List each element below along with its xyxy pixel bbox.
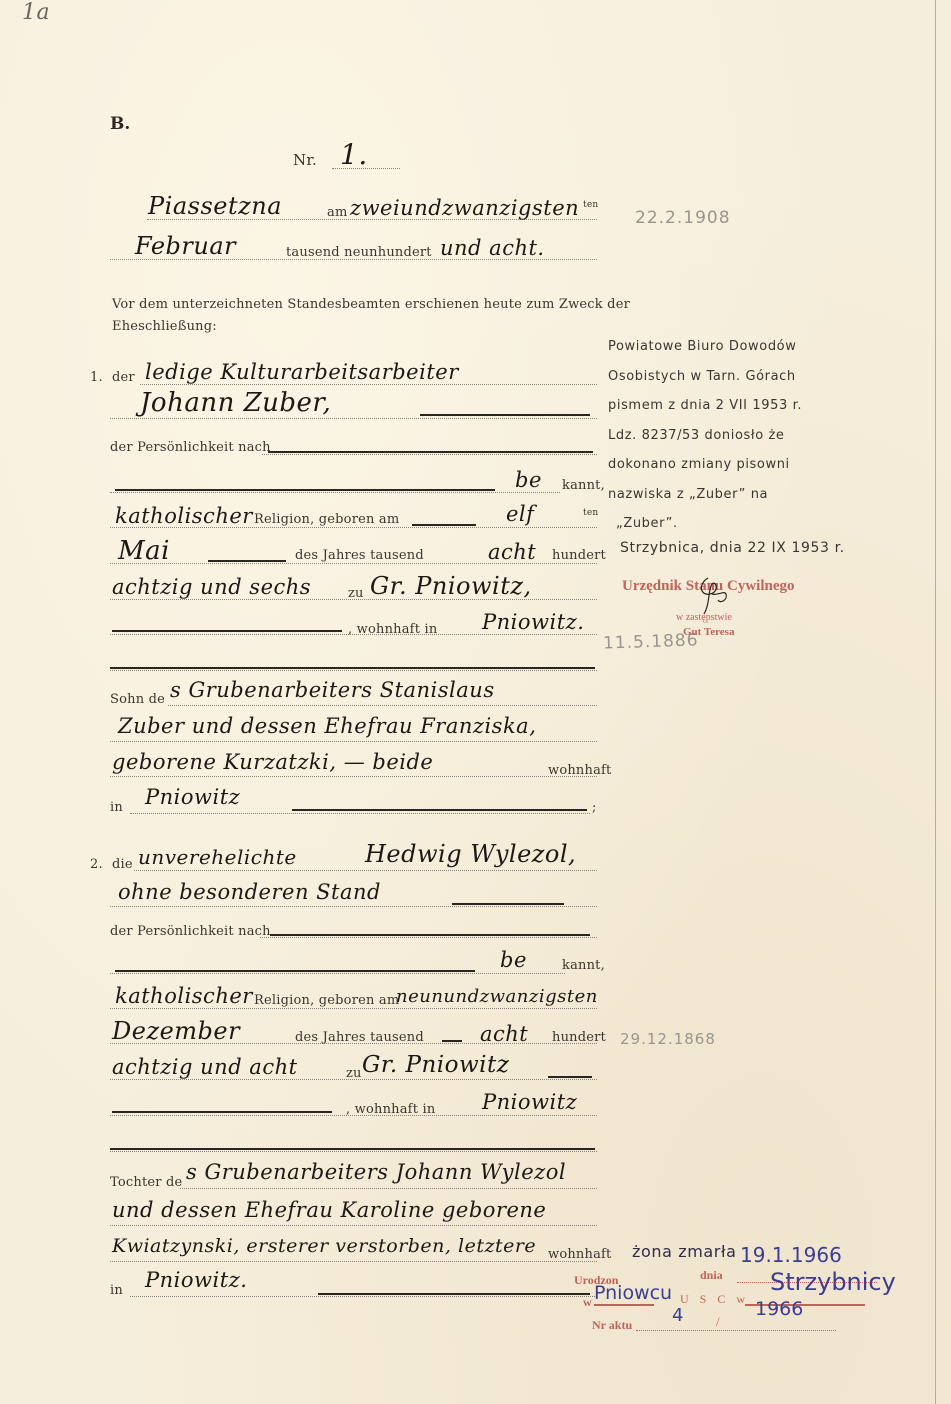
groom-birth-place: Gr. Pniowitz, <box>370 572 532 600</box>
bride-line-1 <box>134 870 597 871</box>
annotation-1966-note: żona zmarła <box>632 1242 737 1261</box>
annotation-1953-line: Ldz. 8237/53 doniosło że <box>608 421 928 451</box>
annotation-1953-line: Osobistych w Tarn. Górach <box>608 362 928 392</box>
groom-dash-6 <box>112 630 342 632</box>
groom-birth-day: elf <box>506 502 534 526</box>
bride-status: unverehelichte <box>138 845 297 869</box>
groom-dash-8 <box>292 809 587 811</box>
groom-dash-2 <box>268 451 593 453</box>
page-edge-rule <box>935 0 936 1404</box>
bride-dash-8 <box>318 1293 590 1295</box>
bride-parents-line-4 <box>130 1296 597 1297</box>
bride-article: die <box>112 857 133 872</box>
marriage-year: und acht. <box>440 236 545 260</box>
groom-parents-line-2 <box>110 741 597 742</box>
stamp-usc-label: U S C w <box>680 1292 749 1307</box>
annotation-1953-line: dokonano zmiany pisowni <box>608 450 928 480</box>
stamp-registrar-name: Gut Teresa <box>683 626 734 638</box>
groom-religion: katholischer <box>115 504 253 528</box>
bride-parents-label: Tochter de <box>110 1175 182 1190</box>
year-label: tausend neunhundert <box>286 245 432 260</box>
annotation-1953: Powiatowe Biuro Dowodów Osobistych w Tar… <box>608 332 928 539</box>
groom-line-9 <box>110 670 597 671</box>
bride-religion-label: Religion, geboren am <box>254 993 399 1008</box>
bride-parents-line-1 <box>180 1188 597 1189</box>
bride-parents-3: Kwiatzynski, ersterer verstorben, letzte… <box>112 1235 536 1257</box>
groom-birth-day-suffix: ten <box>583 508 598 518</box>
bride-line-2 <box>110 906 597 907</box>
groom-parents-end: ; <box>592 800 597 815</box>
bride-hundred-label: hundert <box>552 1030 606 1045</box>
bride-line-9 <box>110 1151 597 1152</box>
stamp-act-line <box>636 1330 836 1331</box>
bride-year-label: des Jahres tausend <box>295 1030 424 1045</box>
bride-birth-month: Dezember <box>112 1017 240 1045</box>
groom-dash-3 <box>115 489 495 491</box>
bride-parents-line-3 <box>110 1261 597 1262</box>
groom-article: der <box>112 370 135 385</box>
bride-birth-year: achtzig und acht <box>112 1055 298 1079</box>
groom-parents-residence: Pniowitz <box>145 785 240 809</box>
groom-parents-in-label: in <box>110 800 123 815</box>
groom-parents-line-1 <box>168 705 597 706</box>
groom-number: 1. <box>90 370 103 385</box>
bride-line-5 <box>110 1008 597 1009</box>
corner-note: 1a <box>22 0 50 25</box>
section-letter: B. <box>110 114 130 134</box>
groom-name: Johann Zuber, <box>140 388 331 418</box>
groom-line-3 <box>262 454 597 455</box>
record-number: 1. <box>340 138 368 171</box>
groom-dash-7 <box>110 667 595 669</box>
groom-known-prefix: be <box>515 468 542 492</box>
groom-birth-century: acht <box>488 540 536 564</box>
groom-residence-label: , wohnhaft in <box>348 622 437 637</box>
bride-birth-century: acht <box>480 1022 528 1046</box>
groom-identity-label: der Persönlichkeit nach <box>110 440 271 455</box>
bride-parents-1: s Grubenarbeiters Johann Wylezol <box>186 1160 566 1184</box>
signature-icon <box>690 570 740 620</box>
bride-dash-4 <box>442 1040 462 1042</box>
bride-parents-line-2 <box>110 1225 597 1226</box>
groom-parents-3: geborene Kurzatzki, — beide <box>112 750 433 774</box>
bride-known-prefix: be <box>500 948 527 972</box>
act-year: 1966 <box>755 1298 803 1320</box>
groom-hundred-label: hundert <box>552 548 606 563</box>
bride-residence: Pniowitz <box>482 1090 577 1114</box>
bride-birth-place: Gr. Pniowitz <box>362 1052 509 1078</box>
bride-line-4 <box>110 973 565 974</box>
bride-religion: katholischer <box>115 984 253 1008</box>
bride-dash-3 <box>115 970 475 972</box>
annotation-1953-line: „Zuber”. <box>608 509 928 539</box>
pencil-marriage-date: 22.2.1908 <box>635 208 731 228</box>
bride-dash-2 <box>270 934 590 936</box>
groom-line-2 <box>110 418 597 419</box>
groom-parents-1: s Grubenarbeiters Stanislaus <box>170 678 495 702</box>
bride-name: Hedwig Wylezol, <box>365 840 576 868</box>
bride-parents-2: und dessen Ehefrau Karoline geborene <box>112 1198 546 1222</box>
pencil-bride-birth-date: 29.12.1868 <box>620 1030 716 1048</box>
groom-dash-1 <box>420 414 590 416</box>
groom-parents-line-3 <box>110 776 597 777</box>
bride-zu-label: zu <box>346 1066 362 1081</box>
am-label: am <box>327 205 347 220</box>
bride-parents-residence: Pniowitz. <box>145 1268 247 1292</box>
birth-place-1966: Pniowcu <box>594 1282 672 1304</box>
bride-dash-7 <box>110 1148 595 1150</box>
groom-religion-label: Religion, geboren am <box>254 512 399 527</box>
bride-line-3 <box>260 937 597 938</box>
bride-identity-label: der Persönlichkeit nach <box>110 924 271 939</box>
groom-line-4 <box>110 492 560 493</box>
bride-dash-1 <box>452 903 564 905</box>
groom-dash-4 <box>412 524 476 526</box>
stamp-act-label: Nr aktu <box>592 1318 632 1333</box>
intro-line-2: Eheschließung: <box>112 319 217 334</box>
bride-birth-day: neunundzwanzigsten <box>396 986 598 1007</box>
death-date: 19.1.1966 <box>740 1243 842 1267</box>
bride-residence-label: , wohnhaft in <box>346 1102 435 1117</box>
groom-known-label: kannt, <box>562 478 605 493</box>
groom-zu-label: zu <box>348 586 364 601</box>
stamp-day-label: dnia <box>700 1268 723 1283</box>
act-number: 4 <box>672 1305 683 1326</box>
bride-number: 2. <box>90 857 103 872</box>
nr-label: Nr. <box>293 151 317 169</box>
marriage-month: Februar <box>135 232 236 260</box>
groom-parents-residence-label: wohnhaft <box>548 763 611 778</box>
intro-line-1: Vor dem unterzeichneten Standesbeamten e… <box>112 297 630 312</box>
groom-birth-month: Mai <box>118 536 170 566</box>
groom-residence: Pniowitz. <box>482 610 584 634</box>
annotation-1953-line: nazwiska z „Zuber” na <box>608 480 928 510</box>
place-of-record: Piassetzna <box>148 192 282 220</box>
stamp-in-label: w <box>583 1295 592 1310</box>
stamp-in-line <box>594 1304 654 1306</box>
annotation-1953-line: pismem z dnia 2 VII 1953 r. <box>608 391 928 421</box>
groom-line-1 <box>140 384 597 385</box>
bride-parents-residence-label: wohnhaft <box>548 1247 611 1262</box>
day-suffix: ten <box>583 200 598 210</box>
marriage-day: zweiundzwanzigsten <box>350 196 579 220</box>
bride-occupation: ohne besonderen Stand <box>118 880 381 904</box>
bride-known-label: kannt, <box>562 958 605 973</box>
groom-parents-2: Zuber und dessen Ehefrau Franziska, <box>118 714 536 738</box>
bride-parents-in-label: in <box>110 1283 123 1298</box>
act-separator: / <box>716 1314 720 1330</box>
groom-parents-label: Sohn de <box>110 692 165 707</box>
bride-dash-6 <box>112 1111 332 1113</box>
usc-place: Strzybnicy <box>770 1268 896 1296</box>
annotation-1953-place-date: Strzybnica, dnia 22 IX 1953 r. <box>620 540 845 556</box>
annotation-1953-line: Powiatowe Biuro Dowodów <box>608 332 928 362</box>
groom-dash-5 <box>208 560 286 562</box>
groom-year-label: des Jahres tausend <box>295 548 424 563</box>
bride-dash-5 <box>548 1076 592 1078</box>
groom-parents-line-4 <box>130 813 590 814</box>
groom-occupation: ledige Kulturarbeitsarbeiter <box>145 360 459 384</box>
groom-birth-year: achtzig und sechs <box>112 575 311 599</box>
